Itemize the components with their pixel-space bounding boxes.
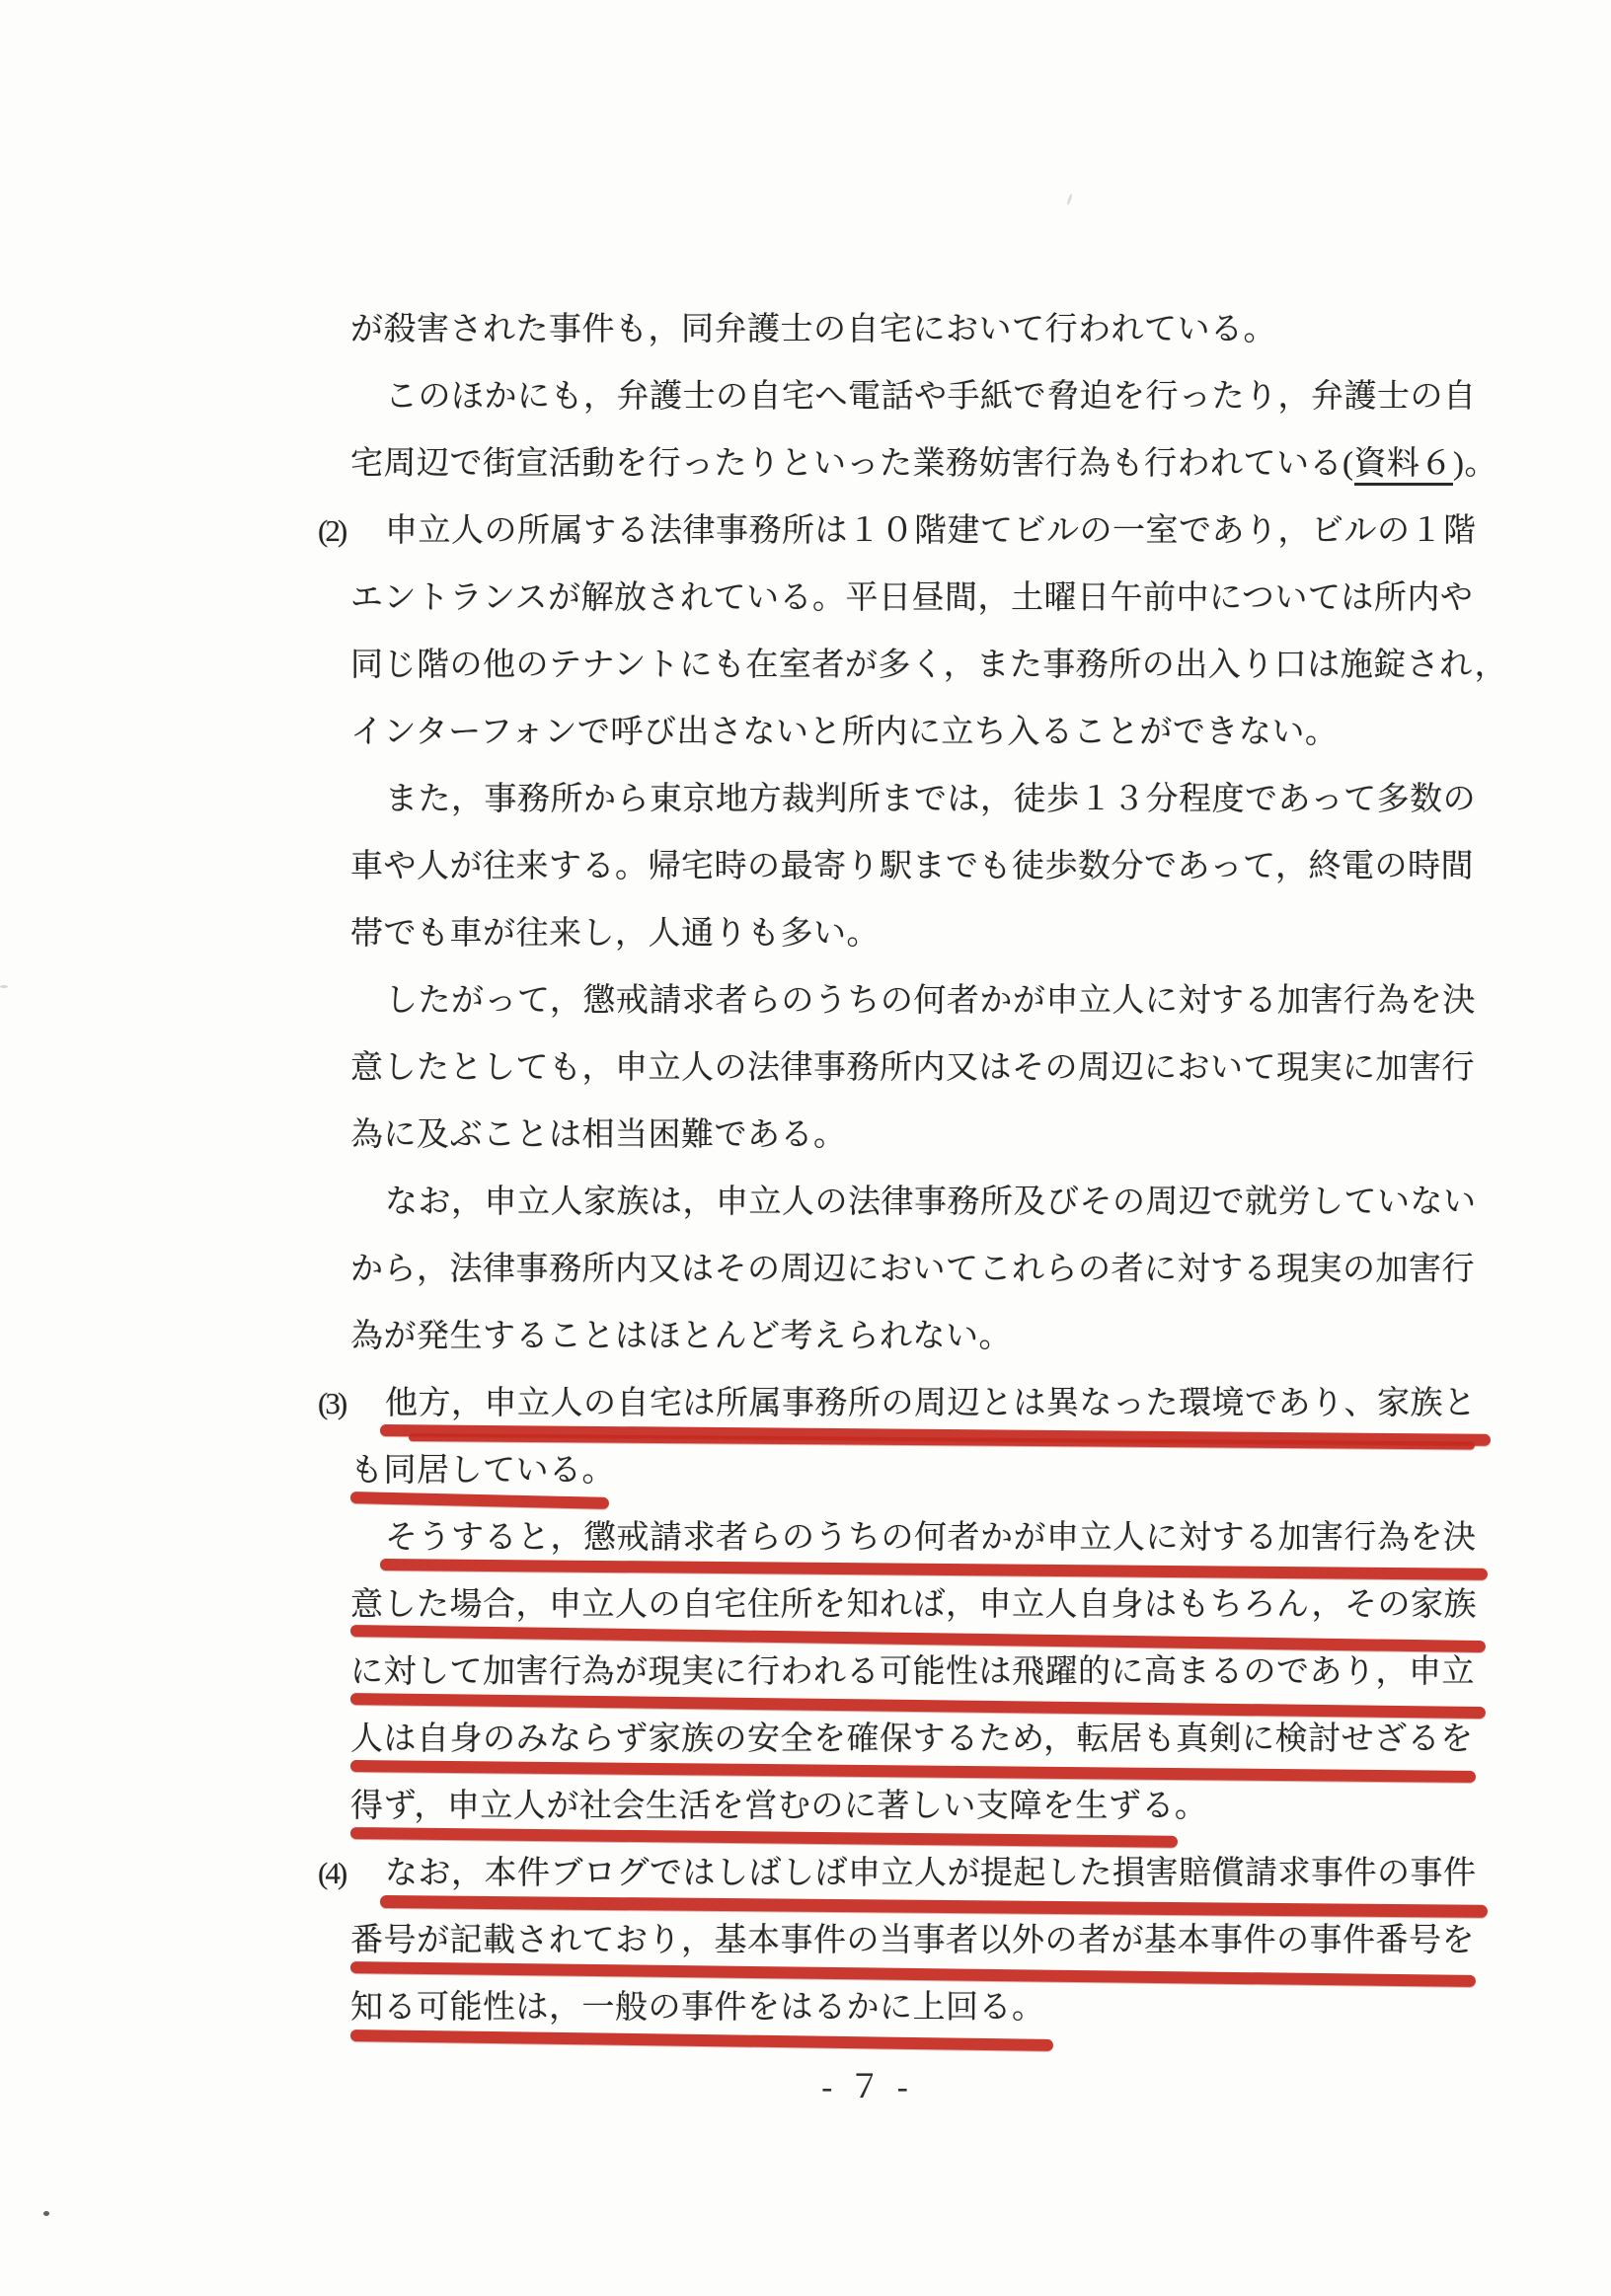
- line-text: なお，申立人家族は，申立人の法律事務所及びその周辺で就労していない: [385, 1185, 1477, 1220]
- text-line: 同じ階の他のテナントにも在室者が多く，また事務所の出入り口は施錠され，: [318, 632, 1512, 699]
- line-text: そうすると，懲戒請求者らのうちの何者かが申立人に対する加害行為を決: [385, 1520, 1477, 1556]
- text-line: また，事務所から東京地方裁判所までは，徒歩１３分程度であって多数の: [318, 766, 1512, 833]
- paragraph-marker: (4): [318, 1840, 385, 1907]
- line-text: インターフォンで呼び出さないと所内に立ち入ることができない。: [350, 715, 1338, 750]
- text-line: そうすると，懲戒請求者らのうちの何者かが申立人に対する加害行為を決: [318, 1504, 1512, 1571]
- text-line: から，法律事務所内又はその周辺においてこれらの者に対する現実の加害行: [318, 1236, 1512, 1303]
- document-page: が殺害された事件も，同弁護士の自宅において行われている。 このほかにも，弁護士の…: [0, 0, 1611, 2296]
- line-text: も同居している。: [350, 1453, 615, 1489]
- line-text: 為に及ぶことは相当困難である。: [350, 1117, 847, 1153]
- text-line: (3)他方，申立人の自宅は所属事務所の周辺とは異なった環境であり、家族と: [318, 1370, 1512, 1437]
- line-text: 帯でも車が往来し，人通りも多い。: [350, 916, 880, 952]
- scan-speck: [0, 985, 8, 988]
- line-text: 意した場合，申立人の自宅住所を知れば，申立人自身はもちろん，その家族: [350, 1587, 1477, 1623]
- line-text: が殺害された事件も，同弁護士の自宅において行われている。: [350, 312, 1276, 347]
- text-line: も同居している。: [318, 1437, 1512, 1504]
- text-line: 人は自身のみならず家族の安全を確保するため，転居も真剣に検討せざるを: [318, 1706, 1512, 1773]
- line-text: なお，本件ブログではしばしば申立人が提起した損害賠償請求事件の事件: [385, 1856, 1477, 1891]
- line-text: 知る可能性は，一般の事件をはるかに上回る。: [350, 1990, 1045, 2026]
- text-line: 宅周辺で街宣活動を行ったりといった業務妨害行為も行われている(資料６)。: [318, 430, 1512, 497]
- line-text: また，事務所から東京地方裁判所までは，徒歩１３分程度であって多数の: [385, 782, 1476, 817]
- line-text: 宅周辺で街宣活動を行ったりといった業務妨害行為も行われている(: [350, 446, 1354, 482]
- page-number: - ７ -: [768, 2061, 965, 2107]
- line-text: 他方，申立人の自宅は所属事務所の周辺とは異なった環境であり、家族と: [385, 1386, 1477, 1421]
- line-text: 車や人が往来する。帰宅時の最寄り駅までも徒歩数分であって，終電の時間: [350, 849, 1474, 884]
- line-text: エントランスが解放されている。平日昼間，土曜日午前中については所内や: [350, 580, 1473, 616]
- text-line: なお，申立人家族は，申立人の法律事務所及びその周辺で就労していない: [318, 1169, 1512, 1236]
- scan-speck: [1066, 193, 1073, 205]
- line-text: から，法律事務所内又はその周辺においてこれらの者に対する現実の加害行: [350, 1252, 1475, 1287]
- paragraph-marker: (3): [318, 1370, 385, 1437]
- line-text: このほかにも，弁護士の自宅へ電話や手紙で脅迫を行ったり，弁護士の自: [385, 379, 1477, 415]
- line-text: 申立人の所属する法律事務所は１０階建てビルの一室であり，ビルの１階: [385, 513, 1477, 549]
- text-line: 為が発生することはほとんど考えられない。: [318, 1303, 1512, 1370]
- text-line: エントランスが解放されている。平日昼間，土曜日午前中については所内や: [318, 565, 1512, 632]
- text-line: (4)なお，本件ブログではしばしば申立人が提起した損害賠償請求事件の事件: [318, 1840, 1512, 1907]
- text-line: 意したとしても，申立人の法律事務所内又はその周辺において現実に加害行: [318, 1034, 1512, 1102]
- line-text: に対して加害行為が現実に行われる可能性は飛躍的に高まるのであり，申立: [350, 1654, 1475, 1690]
- text-line: に対して加害行為が現実に行われる可能性は飛躍的に高まるのであり，申立: [318, 1639, 1512, 1706]
- paragraph-marker: (2): [318, 497, 385, 565]
- text-line: インターフォンで呼び出さないと所内に立ち入ることができない。: [318, 699, 1512, 766]
- line-text: 為が発生することはほとんど考えられない。: [350, 1319, 1012, 1354]
- evidence-reference: 資料６: [1354, 446, 1454, 486]
- text-line: が殺害された事件も，同弁護士の自宅において行われている。: [318, 296, 1512, 363]
- text-line: 車や人が往来する。帰宅時の最寄り駅までも徒歩数分であって，終電の時間: [318, 833, 1512, 900]
- text-block: が殺害された事件も，同弁護士の自宅において行われている。 このほかにも，弁護士の…: [318, 296, 1512, 2041]
- line-text: 番号が記載されており，基本事件の当事者以外の者が基本事件の事件番号を: [350, 1923, 1475, 1958]
- text-line: 知る可能性は，一般の事件をはるかに上回る。: [318, 1974, 1512, 2041]
- text-line: このほかにも，弁護士の自宅へ電話や手紙で脅迫を行ったり，弁護士の自: [318, 363, 1512, 430]
- text-line: 番号が記載されており，基本事件の当事者以外の者が基本事件の事件番号を: [318, 1907, 1512, 1974]
- red-underline: [350, 2029, 1053, 2051]
- text-line: 意した場合，申立人の自宅住所を知れば，申立人自身はもちろん，その家族: [318, 1571, 1512, 1639]
- line-text: 得ず，申立人が社会生活を営むのに著しい支障を生ずる。: [350, 1789, 1207, 1824]
- line-text: 人は自身のみならず家族の安全を確保するため，転居も真剣に検討せざるを: [350, 1722, 1474, 1757]
- line-text: )。: [1453, 446, 1497, 482]
- text-line: 帯でも車が往来し，人通りも多い。: [318, 900, 1512, 967]
- line-text: したがって，懲戒請求者らのうちの何者かが申立人に対する加害行為を決: [385, 983, 1476, 1019]
- text-line: したがって，懲戒請求者らのうちの何者かが申立人に対する加害行為を決: [318, 967, 1512, 1034]
- text-line: 為に及ぶことは相当困難である。: [318, 1102, 1512, 1169]
- scan-speck: [43, 2211, 49, 2216]
- line-text: 意したとしても，申立人の法律事務所内又はその周辺において現実に加害行: [350, 1050, 1475, 1086]
- text-line: 得ず，申立人が社会生活を営むのに著しい支障を生ずる。: [318, 1773, 1512, 1840]
- line-text: 同じ階の他のテナントにも在室者が多く，また事務所の出入り口は施錠され，: [350, 648, 1507, 683]
- text-line: (2)申立人の所属する法律事務所は１０階建てビルの一室であり，ビルの１階: [318, 497, 1512, 565]
